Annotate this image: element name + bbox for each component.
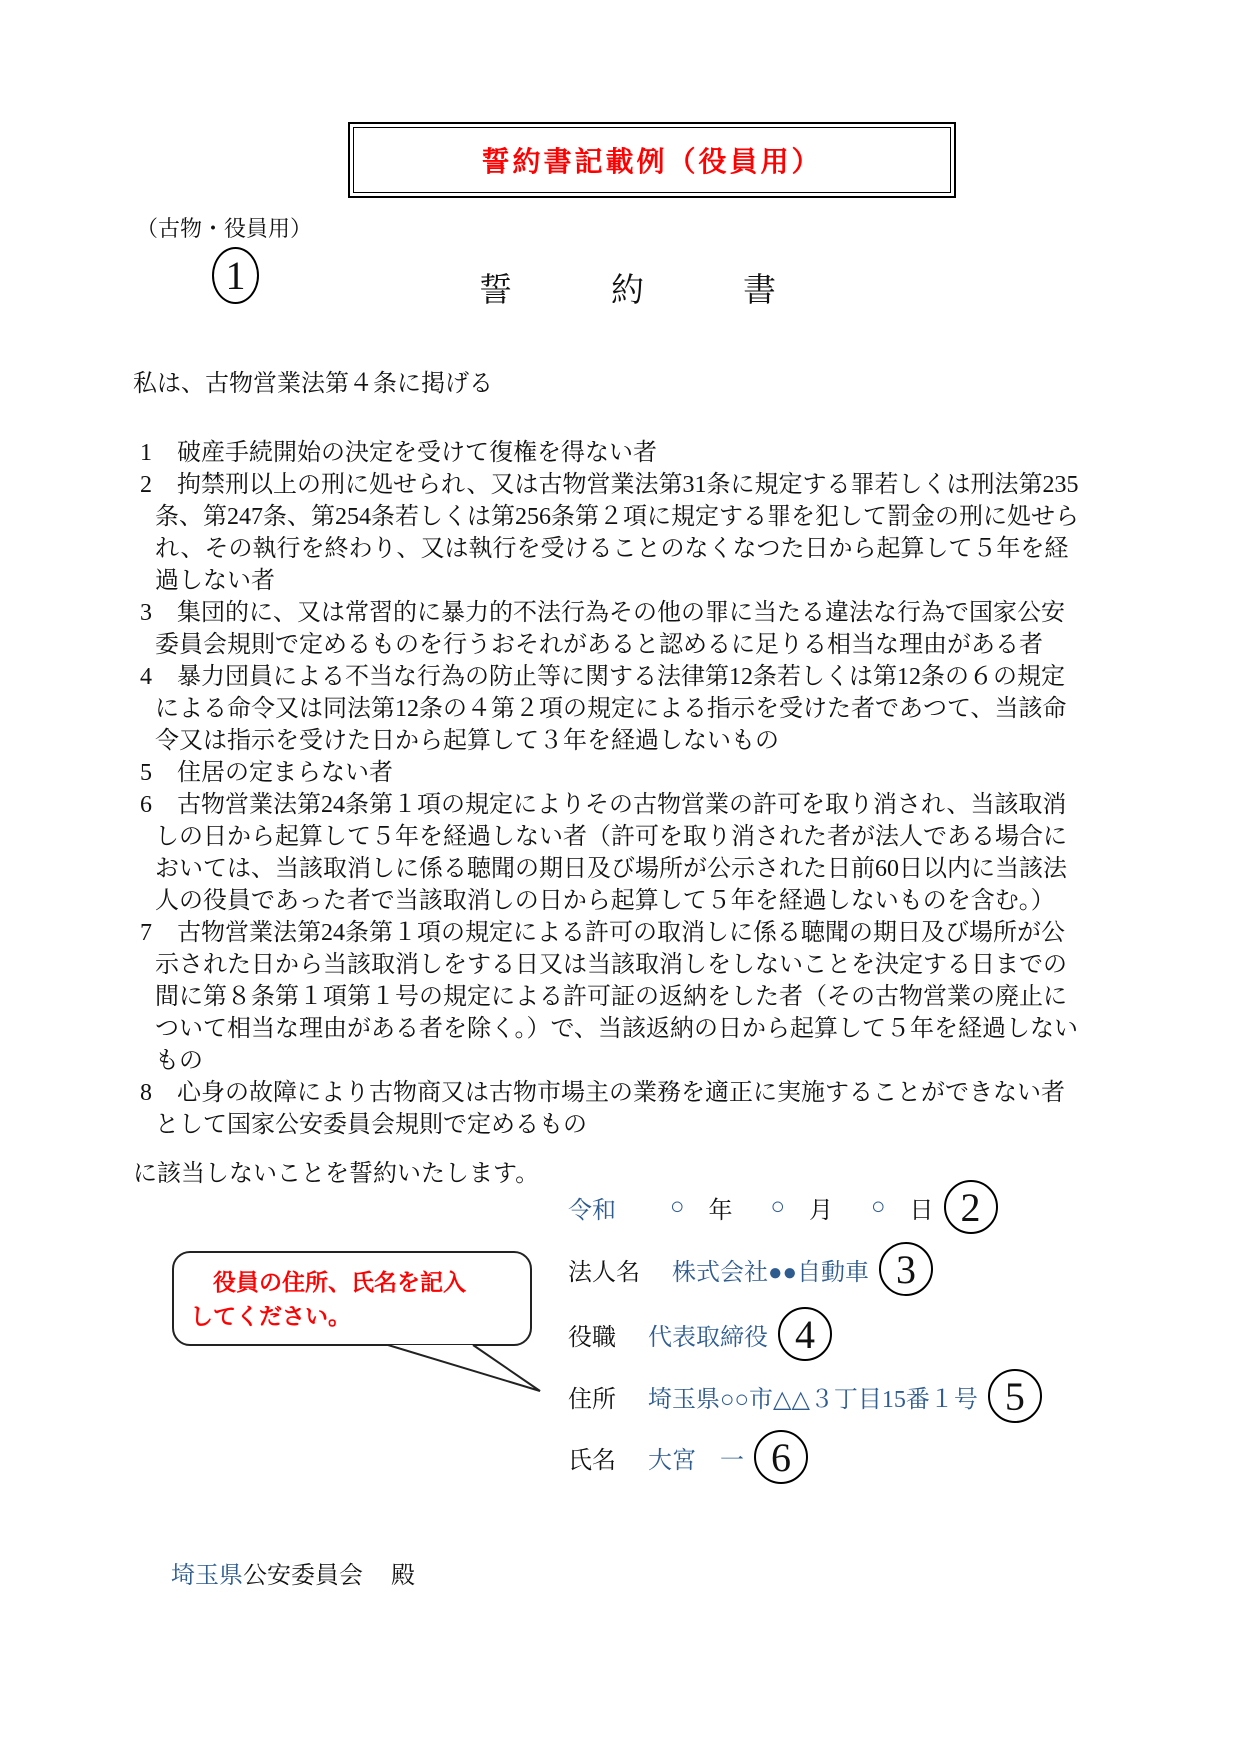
clause-text: 心身の故障により古物商又は古物市場主の業務を適正に実施することができない者として… — [155, 1080, 1065, 1138]
clause-text: 古物営業法第24条第１項の規定によりその古物営業の許可を取り消され、当該取消しの… — [155, 792, 1067, 914]
addressee-line: 埼玉県公安委員会殿 — [147, 1528, 415, 1617]
addressee-honorific: 殿 — [391, 1563, 415, 1589]
clause-number: 7 — [140, 917, 177, 949]
addressee-prefecture: 埼玉県 — [171, 1563, 243, 1589]
clause-number: 2 — [140, 469, 177, 501]
name-value: 大宮 一 — [648, 1440, 744, 1475]
name-line: 氏名 大宮 一 6 — [568, 1428, 808, 1486]
clause-text: 拘禁刑以上の刑に処せられ、又は古物営業法第31条に規定する罪若しくは刑法第235… — [155, 472, 1079, 594]
address-line: 住所 埼玉県○○市△△３丁目15番１号 5 — [568, 1367, 1042, 1425]
clause-item: 3集団的に、又は常習的に暴力的不法行為その他の罪に当たる違法な行為で国家公安委員… — [155, 597, 1085, 661]
clause-text: 暴力団員による不当な行為の防止等に関する法律第12条若しくは第12条の６の規定に… — [155, 664, 1067, 754]
clause-item: 6古物営業法第24条第１項の規定によりその古物営業の許可を取り消され、当該取消し… — [155, 789, 1085, 917]
document-title: 誓 約 書 — [479, 264, 776, 311]
month-placeholder-circle: ○ — [771, 1194, 786, 1221]
clause-number: 6 — [140, 789, 177, 821]
position-line: 役職 代表取締役 4 — [568, 1305, 832, 1363]
corporate-name-value: 株式会社●●自動車 — [672, 1252, 869, 1287]
clause-item: 4暴力団員による不当な行為の防止等に関する法律第12条若しくは第12条の６の規定… — [155, 661, 1085, 757]
example-title: 誓約書記載例（役員用） — [481, 140, 822, 180]
clause-number: 8 — [140, 1077, 177, 1109]
clause-item: 5住居の定まらない者 — [155, 757, 1085, 789]
date-line: 令和 ○ 年 ○ 月 ○ 日 2 — [568, 1178, 998, 1236]
annotation-circle-6: 6 — [754, 1430, 808, 1484]
form-type-label: （古物・役員用） — [136, 212, 312, 243]
clause-text: 古物営業法第24条第１項の規定による許可の取消しに係る聴聞の期日及び場所が公示さ… — [155, 920, 1078, 1074]
annotation-circle-2: 2 — [944, 1180, 998, 1234]
clause-number: 4 — [140, 661, 177, 693]
addressee-committee: 公安委員会 — [243, 1563, 363, 1589]
annotation-circle-4: 4 — [778, 1307, 832, 1361]
clause-text: 集団的に、又は常習的に暴力的不法行為その他の罪に当たる違法な行為で国家公安委員会… — [155, 600, 1065, 658]
year-unit: 年 — [709, 1190, 733, 1225]
clause-item: 2拘禁刑以上の刑に処せられ、又は古物営業法第31条に規定する罪若しくは刑法第23… — [155, 469, 1085, 597]
annotation-circle-5: 5 — [988, 1369, 1042, 1423]
oath-document-page: 誓約書記載例（役員用） （古物・役員用） 1 誓 約 書 私は、古物営業法第４条… — [0, 0, 1241, 1755]
corporate-name-line: 法人名 株式会社●●自動車 3 — [568, 1240, 933, 1298]
annotation-circle-1: 1 — [212, 247, 259, 304]
address-label: 住所 — [568, 1379, 616, 1414]
day-placeholder-circle: ○ — [871, 1194, 886, 1221]
callout-tail — [378, 1343, 553, 1398]
clause-text: 破産手続開始の決定を受けて復権を得ない者 — [177, 440, 657, 466]
era-label: 令和 — [568, 1190, 616, 1225]
instruction-callout: 役員の住所、氏名を記入 してください。 — [172, 1251, 532, 1346]
example-title-box-inner: 誓約書記載例（役員用） — [353, 127, 951, 193]
clause-list: 1破産手続開始の決定を受けて復権を得ない者 2拘禁刑以上の刑に処せられ、又は古物… — [133, 437, 1085, 1141]
position-label: 役職 — [568, 1317, 616, 1352]
instruction-callout-text: 役員の住所、氏名を記入 してください。 — [174, 1265, 466, 1333]
document-body: 私は、古物営業法第４条に掲げる 1破産手続開始の決定を受けて復権を得ない者 2拘… — [133, 368, 1085, 1214]
corporate-name-label: 法人名 — [568, 1252, 640, 1287]
annotation-circle-3: 3 — [879, 1242, 933, 1296]
clause-item: 8心身の故障により古物商又は古物市場主の業務を適正に実施することができない者とし… — [155, 1077, 1085, 1141]
clause-item: 1破産手続開始の決定を受けて復権を得ない者 — [155, 437, 1085, 469]
day-unit: 日 — [910, 1190, 934, 1225]
year-placeholder-circle: ○ — [670, 1194, 685, 1221]
name-label: 氏名 — [568, 1440, 616, 1475]
position-value: 代表取締役 — [648, 1317, 768, 1352]
clause-number: 5 — [140, 757, 177, 789]
clause-number: 1 — [140, 437, 177, 469]
example-title-box: 誓約書記載例（役員用） — [348, 122, 956, 198]
clause-number: 3 — [140, 597, 177, 629]
clause-text: 住居の定まらない者 — [177, 760, 393, 786]
address-value: 埼玉県○○市△△３丁目15番１号 — [648, 1379, 978, 1414]
month-unit: 月 — [809, 1190, 833, 1225]
clause-item: 7古物営業法第24条第１項の規定による許可の取消しに係る聴聞の期日及び場所が公示… — [155, 917, 1085, 1077]
intro-line: 私は、古物営業法第４条に掲げる — [133, 368, 1085, 400]
